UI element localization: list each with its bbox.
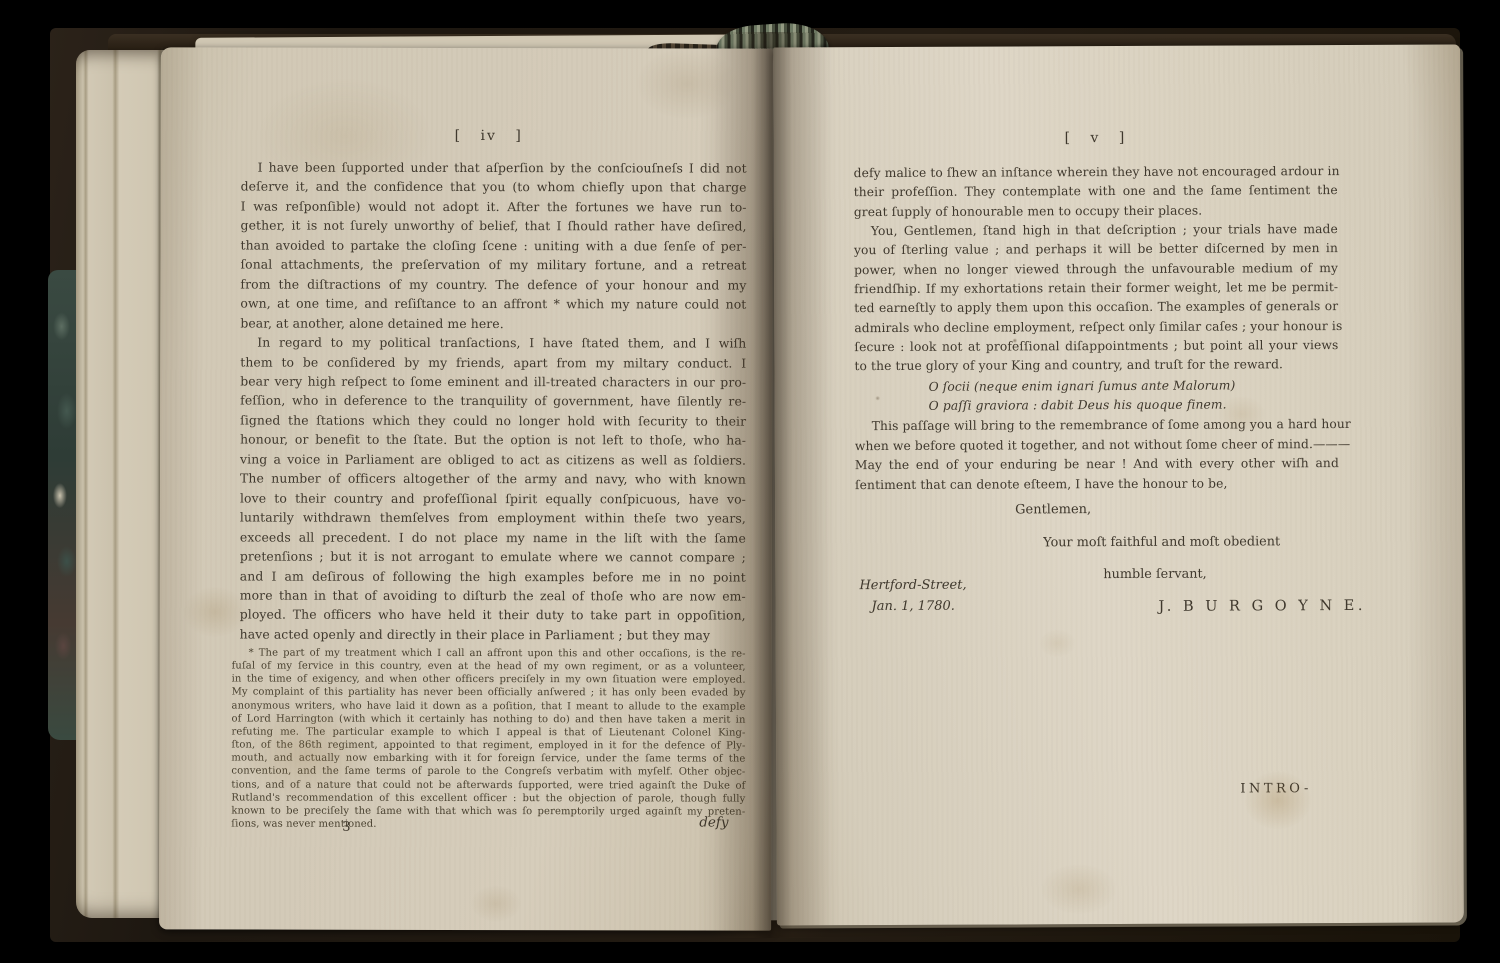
left-page: [ iv ] I have been ſupported under that … [159, 47, 773, 930]
text-line: own, at one time, and reſiſtance to an a… [240, 294, 746, 315]
text-line: feſſion, who in deference to the tranqui… [240, 391, 746, 412]
paragraph: In regard to my political tranſactions, … [240, 333, 747, 645]
text-line: deſerve it, and the confidence that you … [241, 177, 747, 198]
paragraph: You, Gentlemen, ſtand high in that deſcr… [854, 220, 1339, 377]
text-line: I have been ſupported under that aſperſi… [241, 158, 747, 179]
text-line: great ſupply of honourable men to occupy… [854, 201, 1338, 222]
text-line: power, when no longer viewed through the… [854, 259, 1338, 280]
text-line: luntarily withdrawn themſelves from empl… [240, 508, 746, 529]
text-line: ſonal attachments, the preſervation of m… [240, 255, 746, 276]
latin-quotation: O ſocii (neque enim ignari ſumus ante Ma… [855, 376, 1339, 417]
text-line: refuting me. The particular example to w… [231, 725, 745, 739]
press-figure: 3 [342, 820, 350, 835]
text-line: more than in that of avoiding to diſturb… [240, 585, 746, 606]
text-line: to the true glory of your King and count… [854, 355, 1338, 376]
text-line: tions, and of a nature that could not be… [231, 778, 745, 792]
dateline-place: Hertford-Street, [859, 575, 966, 596]
text-line: My complaint of this partiality has neve… [232, 686, 746, 700]
text-line: pretenſions ; but it is not arrogant to … [240, 547, 746, 568]
right-page: [ v ] defy malice to ſhew an inſtance wh… [773, 45, 1464, 926]
text-line: anonymous writers, who have laid it down… [232, 699, 746, 713]
dateline-date: Jan. 1, 1780. [859, 596, 966, 617]
text-line: mouth, and actually now embarking with i… [231, 752, 745, 766]
text-line: love to their country and profeſſional ſ… [240, 488, 746, 509]
text-line: I was reſponſible) would not adopt it. A… [241, 196, 747, 217]
text-line: than avoided to partake the cloſing ſcen… [240, 235, 746, 256]
text-line: friendſhip. If my exhortations retain th… [854, 278, 1338, 299]
closing-salutation: Gentlemen, [1015, 502, 1091, 517]
text-line: bear very high reſpect to ſome eminent a… [240, 372, 746, 393]
text-line: O ſocii (neque enim ignari ſumus ante Ma… [929, 376, 1339, 397]
text-line: honour, or benefit to the ſtate. But the… [240, 430, 746, 451]
text-line: May the end of your enduring be near ! A… [855, 454, 1339, 475]
text-line: ſions, was never mentioned. [231, 818, 745, 832]
text-line: ſecure : look not at profeſſional diſapp… [854, 336, 1338, 357]
text-line: from the diſtractions of my country. The… [240, 274, 746, 295]
text-line: gether, it is not ſurely unworthy of bel… [241, 216, 747, 237]
text-line: defy malice to ſhew an inſtance wherein … [854, 162, 1338, 183]
text-line: known to be preciſely the ſame with that… [231, 804, 745, 818]
text-line: ployed. The officers who have held it th… [240, 605, 746, 626]
catchword: defy [699, 814, 728, 830]
text-line: have acted openly and directly in their … [240, 624, 746, 645]
catchword: INTRO- [1240, 781, 1312, 796]
text-line: when we before quoted it together, and n… [855, 435, 1339, 456]
text-line: them to be conſidered by my friends, apa… [240, 352, 746, 373]
text-line: In regard to my political tranſactions, … [240, 333, 746, 354]
footnote: * The part of my treatment which I call … [231, 647, 745, 832]
text-line: You, Gentlemen, ſtand high in that deſcr… [854, 220, 1338, 241]
paragraph: This paſſage will bring to the remembran… [855, 416, 1339, 495]
text-line: ſigned the ſtations which they could no … [240, 410, 746, 431]
dateline: Hertford-Street, Jan. 1, 1780. [859, 575, 966, 617]
open-book: [ iv ] I have been ſupported under that … [48, 10, 1466, 950]
text-line: convention, and the ſame terms of parole… [231, 765, 745, 779]
text-line: ſton, of the 86th regiment, appointed to… [231, 739, 745, 753]
text-line: of Lord Harrington (with which it certai… [232, 712, 746, 726]
text-line: This paſſage will bring to the remembran… [855, 416, 1339, 437]
text-line: The number of officers altogether of the… [240, 469, 746, 490]
right-page-text: defy malice to ſhew an inſtance wherein … [854, 162, 1339, 495]
text-line: admirals who decline employment, reſpect… [854, 317, 1338, 338]
left-page-number: [ iv ] [429, 128, 549, 144]
text-line: ted earneſtly to apply them upon this oc… [854, 297, 1338, 318]
text-line: fuſal of my ſervice in this country, eve… [232, 660, 746, 674]
text-line: their profeſſion. They contemplate with … [854, 181, 1338, 202]
text-line: Rutland's recommendation of this excelle… [231, 791, 745, 805]
text-line: and I am deſirous of following the high … [240, 566, 746, 587]
author-signature: J. B U R G O Y N E. [1158, 598, 1365, 615]
text-line: bear, at another, alone detained me here… [240, 313, 746, 334]
closing-line: Your moſt faithful and moſt obedient [1043, 534, 1280, 550]
right-page-number: [ v ] [1035, 130, 1155, 147]
text-line: you of ſterling value ; and perhaps it w… [854, 239, 1338, 260]
text-line: O paſſi graviora : dabit Deus his quoque… [929, 395, 1339, 416]
text-line: * The part of my treatment which I call … [232, 647, 746, 661]
text-line: exceeds all precedent. I do not place my… [240, 527, 746, 548]
left-page-text: I have been ſupported under that aſperſi… [240, 158, 747, 645]
closing-line: humble ſervant, [1103, 567, 1206, 582]
paragraph: defy malice to ſhew an inſtance wherein … [854, 162, 1338, 222]
text-line: in the time of exigency, and when other … [232, 673, 746, 687]
text-line: ſentiment that can denote eſteem, I have… [855, 474, 1339, 495]
book-photograph: { "colors": { "background": "#000000", "… [0, 0, 1500, 963]
paragraph: I have been ſupported under that aſperſi… [240, 158, 746, 334]
text-line: ving a voice in Parliament are obliged t… [240, 449, 746, 470]
